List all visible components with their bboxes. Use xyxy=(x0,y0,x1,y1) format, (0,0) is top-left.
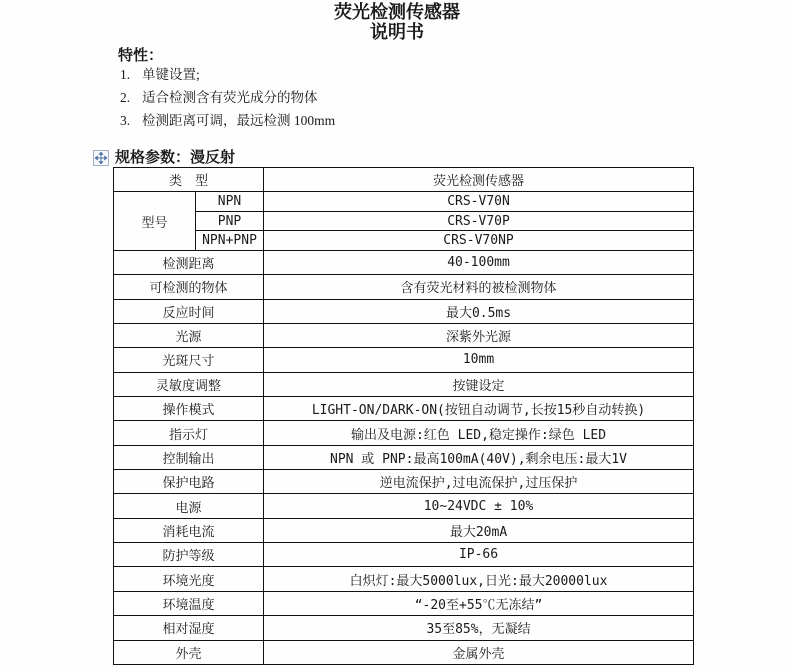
table-row: NPN+PNP CRS-V70NP xyxy=(114,231,694,250)
spec-table: 类 型 荧光检测传感器 型号 NPN CRS-V70N PNP CRS-V70P… xyxy=(113,167,694,665)
spec-section-heading: 规格参数：漫反射 xyxy=(115,146,235,167)
table-row: PNP CRS-V70P xyxy=(114,211,694,230)
features-heading: 特性： xyxy=(118,44,163,65)
model-sub-label: NPN xyxy=(196,192,264,211)
param-label: 反应时间 xyxy=(114,299,264,323)
param-value: 最大0.5ms xyxy=(264,299,694,323)
param-value: IP-66 xyxy=(264,543,694,567)
four-way-arrow-icon xyxy=(95,152,107,164)
param-label: 指示灯 xyxy=(114,421,264,445)
model-sub-label: NPN+PNP xyxy=(196,231,264,250)
param-label: 类 型 xyxy=(114,168,264,192)
table-row: 反应时间 最大0.5ms xyxy=(114,299,694,323)
param-label: 环境温度 xyxy=(114,591,264,615)
param-value: 最大20mA xyxy=(264,518,694,542)
list-item: 2. 适合检测含有荧光成分的物体 xyxy=(120,86,335,109)
param-value: CRS-V70N xyxy=(264,192,694,211)
param-label: 灵敏度调整 xyxy=(114,372,264,396)
param-value: 逆电流保护,过电流保护,过压保护 xyxy=(264,470,694,494)
param-label: 电源 xyxy=(114,494,264,518)
table-row: 防护等级 IP-66 xyxy=(114,543,694,567)
title-line-1: 荧光检测传感器 xyxy=(0,2,794,22)
table-row: 消耗电流 最大20mA xyxy=(114,518,694,542)
param-value: “-20至+55℃无冻结” xyxy=(264,591,694,615)
list-text: 检测距离可调，最远检测 100mm xyxy=(142,109,335,129)
param-value: 含有荧光材料的被检测物体 xyxy=(264,275,694,299)
param-value: 35至85%，无凝结 xyxy=(264,616,694,640)
table-row: 控制输出 NPN 或 PNP:最高100mA(40V),剩余电压:最大1V xyxy=(114,445,694,469)
list-text: 单键设置; xyxy=(142,63,200,83)
param-label: 保护电路 xyxy=(114,470,264,494)
table-row: 相对湿度 35至85%，无凝结 xyxy=(114,616,694,640)
model-group-label: 型号 xyxy=(114,192,196,250)
document-page: 荧光检测传感器 说明书 特性： 1. 单键设置; 2. 适合检测含有荧光成分的物… xyxy=(0,0,794,668)
document-title: 荧光检测传感器 说明书 xyxy=(0,2,794,42)
param-value: 40-100mm xyxy=(264,250,694,274)
list-number: 2. xyxy=(120,90,142,106)
table-row: 外壳 金属外壳 xyxy=(114,640,694,664)
list-text: 适合检测含有荧光成分的物体 xyxy=(142,86,318,106)
param-value: 10~24VDC ± 10% xyxy=(264,494,694,518)
param-value: 金属外壳 xyxy=(264,640,694,664)
param-label: 防护等级 xyxy=(114,543,264,567)
table-row: 光斑尺寸 10mm xyxy=(114,348,694,372)
param-label: 外壳 xyxy=(114,640,264,664)
param-label: 光斑尺寸 xyxy=(114,348,264,372)
table-row: 型号 NPN CRS-V70N xyxy=(114,192,694,211)
param-value: CRS-V70P xyxy=(264,211,694,230)
param-value: 输出及电源:红色 LED,稳定操作:绿色 LED xyxy=(264,421,694,445)
param-value: NPN 或 PNP:最高100mA(40V),剩余电压:最大1V xyxy=(264,445,694,469)
table-row: 检测距离 40-100mm xyxy=(114,250,694,274)
param-label: 操作模式 xyxy=(114,396,264,420)
param-label: 环境光度 xyxy=(114,567,264,591)
table-row: 光源 深紫外光源 xyxy=(114,323,694,347)
param-value: 荧光检测传感器 xyxy=(264,168,694,192)
param-label: 可检测的物体 xyxy=(114,275,264,299)
features-list: 1. 单键设置; 2. 适合检测含有荧光成分的物体 3. 检测距离可调，最远检测… xyxy=(120,63,335,132)
list-number: 3. xyxy=(120,113,142,129)
param-label: 消耗电流 xyxy=(114,518,264,542)
param-label: 控制输出 xyxy=(114,445,264,469)
table-row: 灵敏度调整 按键设定 xyxy=(114,372,694,396)
table-row: 环境温度 “-20至+55℃无冻结” xyxy=(114,591,694,615)
param-value: 深紫外光源 xyxy=(264,323,694,347)
title-line-2: 说明书 xyxy=(0,22,794,42)
param-label: 检测距离 xyxy=(114,250,264,274)
param-label: 光源 xyxy=(114,323,264,347)
list-item: 3. 检测距离可调，最远检测 100mm xyxy=(120,109,335,132)
param-value: LIGHT-ON/DARK-ON(按钮自动调节,长按15秒自动转换) xyxy=(264,396,694,420)
param-value: 白炽灯:最大5000lux,日光:最大20000lux xyxy=(264,567,694,591)
param-value: 按键设定 xyxy=(264,372,694,396)
table-row: 保护电路 逆电流保护,过电流保护,过压保护 xyxy=(114,470,694,494)
param-label: 相对湿度 xyxy=(114,616,264,640)
table-row: 可检测的物体 含有荧光材料的被检测物体 xyxy=(114,275,694,299)
table-row: 电源 10~24VDC ± 10% xyxy=(114,494,694,518)
table-row: 环境光度 白炽灯:最大5000lux,日光:最大20000lux xyxy=(114,567,694,591)
table-move-handle-icon[interactable] xyxy=(93,150,109,166)
table-row: 指示灯 输出及电源:红色 LED,稳定操作:绿色 LED xyxy=(114,421,694,445)
param-value: 10mm xyxy=(264,348,694,372)
list-item: 1. 单键设置; xyxy=(120,63,335,86)
param-value: CRS-V70NP xyxy=(264,231,694,250)
list-number: 1. xyxy=(120,67,142,83)
table-row: 操作模式 LIGHT-ON/DARK-ON(按钮自动调节,长按15秒自动转换) xyxy=(114,396,694,420)
table-row: 类 型 荧光检测传感器 xyxy=(114,168,694,192)
model-sub-label: PNP xyxy=(196,211,264,230)
